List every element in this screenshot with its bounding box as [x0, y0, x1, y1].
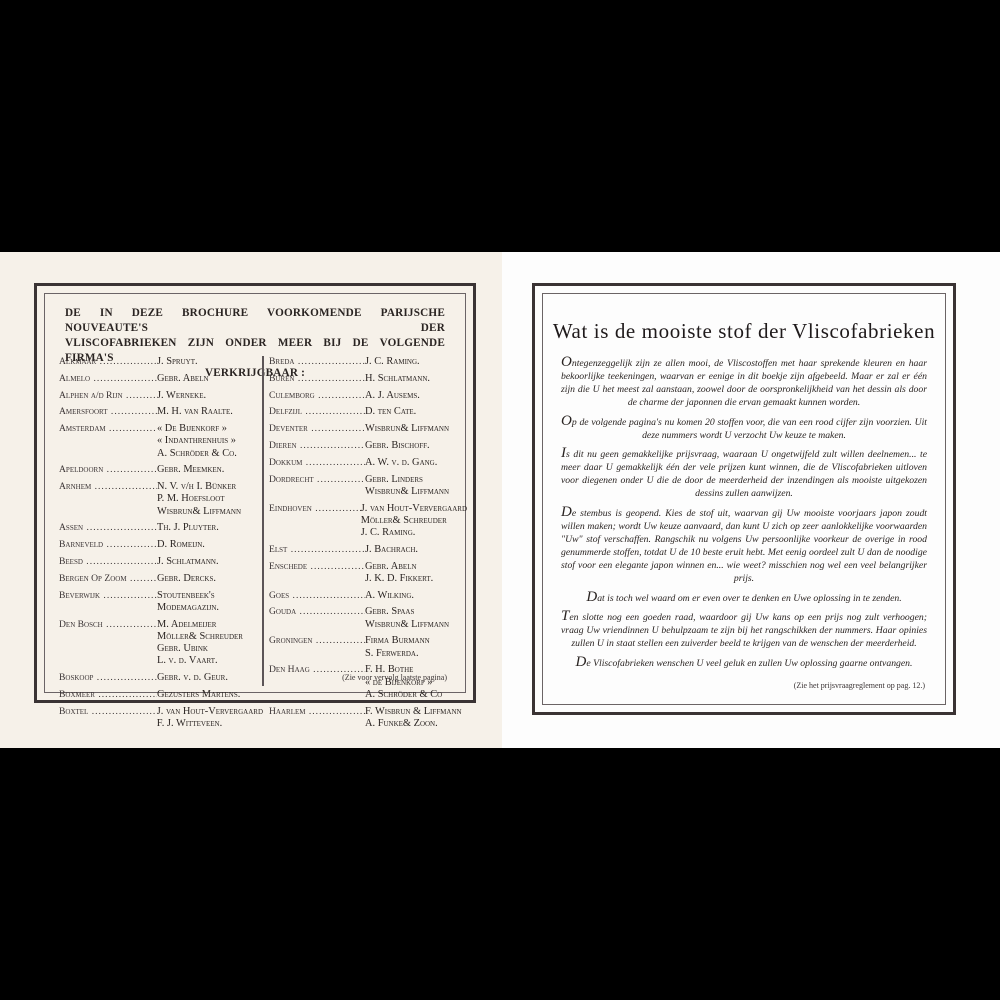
city-name: Almelo	[59, 373, 157, 385]
city-name: Bergen Op Zoom	[59, 573, 157, 585]
city-name: Dokkum	[269, 457, 365, 469]
city-name: Dordrecht	[269, 474, 365, 498]
firm-name: Th. J. Pluyter.	[157, 522, 263, 534]
firm-name: J. Bachrach.	[365, 544, 467, 556]
city-name: Culemborg	[269, 390, 365, 402]
retailer-entry: AlmeloGebr. Abeln	[59, 373, 263, 385]
firm-name: Gebr. Dercks.	[157, 573, 263, 585]
retailer-entry: DokkumA. W. v. d. Gang.	[269, 457, 467, 469]
city-name: Eindhoven	[269, 503, 361, 540]
city-name: Alkmaar	[59, 356, 157, 368]
firm-list: D. Romeijn.	[157, 539, 263, 551]
retailer-entry: BarneveldD. Romeijn.	[59, 539, 263, 551]
retailer-entry: DeventerWisbrun& Liffmann	[269, 423, 467, 435]
firm-list: Gebr. AbelnJ. K. D. Fikkert.	[365, 561, 467, 585]
firm-name: M. Adelmeijer	[157, 619, 263, 631]
firm-name: L. v. d. Vaart.	[157, 655, 263, 667]
contest-paragraph: Op de volgende pagina's nu komen 20 stof…	[561, 415, 927, 443]
retailer-column-a: AlkmaarJ. Spruyt.AlmeloGebr. AbelnAlphen…	[59, 356, 263, 735]
firm-name: J. Werneke.	[157, 390, 263, 402]
retailer-entry: BoskoopGebr. v. d. Geur.	[59, 672, 263, 684]
firm-list: N. V. v/h I. BünkerP. M. HoefslootWisbru…	[157, 481, 263, 518]
firm-name: J. van Hout-Ververgaard	[157, 706, 263, 718]
firm-name: « Indanthrenhuis »	[157, 435, 263, 447]
firm-list: J. Spruyt.	[157, 356, 263, 368]
firm-list: J. C. Raming.	[365, 356, 467, 368]
left-page: DE IN DEZE BROCHURE VOORKOMENDE PARIJSCH…	[0, 252, 502, 748]
city-name: Elst	[269, 544, 365, 556]
firm-name: Gebr. v. d. Geur.	[157, 672, 263, 684]
firm-list: Firma BurmannS. Ferwerda.	[365, 635, 467, 659]
retailer-entry: GroningenFirma BurmannS. Ferwerda.	[269, 635, 467, 659]
firm-name: A. Wilking.	[365, 590, 467, 602]
firm-name: Firma Burmann	[365, 635, 467, 647]
firm-list: Wisbrun& Liffmann	[365, 423, 467, 435]
firm-list: J. van Hout-VervergaardMöller& Schreuder…	[361, 503, 467, 540]
contest-paragraph: De Vliscofabrieken wenschen U veel geluk…	[561, 656, 927, 671]
firm-list: H. Schlatmann.	[365, 373, 467, 385]
city-name: Boxtel	[59, 706, 157, 730]
city-name: Alphen a/d Rijn	[59, 390, 157, 402]
contest-paragraph: De stembus is geopend. Kies de stof uit,…	[561, 506, 927, 585]
firm-name: Gebr. Meemken.	[157, 464, 263, 476]
firm-list: Gebr. Dercks.	[157, 573, 263, 585]
firm-list: D. ten Cate.	[365, 406, 467, 418]
retailer-entry: ElstJ. Bachrach.	[269, 544, 467, 556]
firm-name: Gebr. Bischoff.	[365, 440, 467, 452]
firm-name: Wisbrun& Liffmann	[365, 486, 467, 498]
firm-name: Gebr. Spaas	[365, 606, 467, 618]
city-name: Buren	[269, 373, 365, 385]
city-name: Gouda	[269, 606, 365, 630]
firm-name: M. H. van Raalte.	[157, 406, 263, 418]
firm-name: H. Schlatmann.	[365, 373, 467, 385]
right-page-inner-frame: Wat is de mooiste stof der Vliscofabriek…	[542, 293, 946, 705]
firm-name: Möller& Schreuder	[157, 631, 263, 643]
city-name: Barneveld	[59, 539, 157, 551]
city-name: Den Haag	[269, 664, 365, 701]
city-name: Beverwijk	[59, 590, 157, 614]
firm-name: Möller& Schreuder	[361, 515, 467, 527]
firm-name: F. Wisbrun & Liffmann	[365, 706, 467, 718]
contest-paragraph: Dat is toch wel waard om er even over te…	[561, 591, 927, 606]
city-name: Beesd	[59, 556, 157, 568]
retailer-entry: BredaJ. C. Raming.	[269, 356, 467, 368]
retailer-entry: GoesA. Wilking.	[269, 590, 467, 602]
left-page-inner-frame: DE IN DEZE BROCHURE VOORKOMENDE PARIJSCH…	[44, 293, 466, 693]
firm-list: M. H. van Raalte.	[157, 406, 263, 418]
retailer-entry: ApeldoornGebr. Meemken.	[59, 464, 263, 476]
city-name: Apeldoorn	[59, 464, 157, 476]
firm-name: A. Schröder & Co	[365, 689, 467, 701]
firm-list: A. J. Ausems.	[365, 390, 467, 402]
firm-list: J. van Hout-VervergaardF. J. Witteveen.	[157, 706, 263, 730]
firm-list: Gebr. LindersWisbrun& Liffmann	[365, 474, 467, 498]
retailer-entry: BurenH. Schlatmann.	[269, 373, 467, 385]
city-name: Arnhem	[59, 481, 157, 518]
retailer-entry: Den HaagF. H. Bothe« de Bijenkorf »A. Sc…	[269, 664, 467, 701]
firm-name: Stoutenbeek's	[157, 590, 263, 602]
firm-name: Gebr. Abeln	[157, 373, 263, 385]
firm-list: J. Bachrach.	[365, 544, 467, 556]
retailer-entry: BoxmeerGezusters Martens.	[59, 689, 263, 701]
retailer-entry: Amsterdam« De Bijenkorf »« Indanthrenhui…	[59, 423, 263, 460]
firm-name: J. C. Raming.	[365, 356, 467, 368]
retailer-entry: EindhovenJ. van Hout-VervergaardMöller& …	[269, 503, 467, 540]
city-name: Amersfoort	[59, 406, 157, 418]
city-name: Boxmeer	[59, 689, 157, 701]
city-name: Breda	[269, 356, 365, 368]
column-divider	[262, 356, 264, 686]
firm-list: J. Werneke.	[157, 390, 263, 402]
firm-name: Gebr. Abeln	[365, 561, 467, 573]
retailer-entry: BeesdJ. Schlatmann.	[59, 556, 263, 568]
city-name: Dieren	[269, 440, 365, 452]
firm-list: Gebr. Bischoff.	[365, 440, 467, 452]
retailer-entry: DierenGebr. Bischoff.	[269, 440, 467, 452]
contest-body: Ontegenzeggelijk zijn ze allen mooi, de …	[561, 356, 927, 676]
firm-name: J. Schlatmann.	[157, 556, 263, 568]
left-footnote: (Zie voor vervolg laatste pagina)	[342, 673, 447, 682]
retailer-entry: GoudaGebr. SpaasWisbrun& Liffmann	[269, 606, 467, 630]
city-name: Groningen	[269, 635, 365, 659]
firm-name: Modemagazijn.	[157, 602, 263, 614]
contest-title: Wat is de mooiste stof der Vliscofabriek…	[543, 319, 945, 344]
firm-name: D. Romeijn.	[157, 539, 263, 551]
retailer-entry: BoxtelJ. van Hout-VervergaardF. J. Witte…	[59, 706, 263, 730]
firm-name: Gebr. Linders	[365, 474, 467, 486]
left-page-frame: DE IN DEZE BROCHURE VOORKOMENDE PARIJSCH…	[34, 283, 476, 703]
firm-list: Th. J. Pluyter.	[157, 522, 263, 534]
city-name: Deventer	[269, 423, 365, 435]
retailer-entry: Den BoschM. AdelmeijerMöller& SchreuderG…	[59, 619, 263, 668]
firm-name: P. M. Hoefsloot	[157, 493, 263, 505]
right-page-frame: Wat is de mooiste stof der Vliscofabriek…	[532, 283, 956, 715]
firm-name: Wisbrun& Liffmann	[365, 619, 467, 631]
city-name: Enschede	[269, 561, 365, 585]
contest-paragraph: Ontegenzeggelijk zijn ze allen mooi, de …	[561, 356, 927, 410]
city-name: Den Bosch	[59, 619, 157, 668]
city-name: Amsterdam	[59, 423, 157, 460]
firm-list: F. Wisbrun & LiffmannA. Funke& Zoon.	[365, 706, 467, 730]
firm-name: F. J. Witteveen.	[157, 718, 263, 730]
retailer-entry: Alphen a/d RijnJ. Werneke.	[59, 390, 263, 402]
contest-paragraph: Ten slotte nog een goeden raad, waardoor…	[561, 610, 927, 651]
firm-name: J. K. D. Fikkert.	[365, 573, 467, 585]
firm-name: Gezusters Martens.	[157, 689, 263, 701]
firm-name: J. van Hout-Ververgaard	[361, 503, 467, 515]
retailer-entry: EnschedeGebr. AbelnJ. K. D. Fikkert.	[269, 561, 467, 585]
firm-name: A. Schröder & Co.	[157, 448, 263, 460]
retailer-entry: AssenTh. J. Pluyter.	[59, 522, 263, 534]
right-footnote: (Zie het prijsvraagreglement op pag. 12.…	[794, 681, 925, 690]
firm-name: A. W. v. d. Gang.	[365, 457, 467, 469]
firm-name: A. Funke& Zoon.	[365, 718, 467, 730]
city-name: Assen	[59, 522, 157, 534]
firm-list: Gebr. v. d. Geur.	[157, 672, 263, 684]
firm-name: J. C. Raming.	[361, 527, 467, 539]
city-name: Delfzijl	[269, 406, 365, 418]
firm-list: F. H. Bothe« de Bijenkorf »A. Schröder &…	[365, 664, 467, 701]
firm-name: J. Spruyt.	[157, 356, 263, 368]
firm-list: M. AdelmeijerMöller& SchreuderGebr. Ubin…	[157, 619, 263, 668]
retailer-entry: Bergen Op ZoomGebr. Dercks.	[59, 573, 263, 585]
firm-list: J. Schlatmann.	[157, 556, 263, 568]
retailer-entry: HaarlemF. Wisbrun & LiffmannA. Funke& Zo…	[269, 706, 467, 730]
firm-name: Wisbrun& Liffmann	[365, 423, 467, 435]
firm-list: A. Wilking.	[365, 590, 467, 602]
firm-name: « De Bijenkorf »	[157, 423, 263, 435]
city-name: Boskoop	[59, 672, 157, 684]
firm-name: Wisbrun& Liffmann	[157, 506, 263, 518]
retailer-entry: DordrechtGebr. LindersWisbrun& Liffmann	[269, 474, 467, 498]
city-name: Haarlem	[269, 706, 365, 730]
firm-list: Gebr. Abeln	[157, 373, 263, 385]
retailer-entry: BeverwijkStoutenbeek'sModemagazijn.	[59, 590, 263, 614]
contest-paragraph: Is dit nu geen gemakkelijke prijsvraag, …	[561, 447, 927, 501]
retailer-entry: DelfzijlD. ten Cate.	[269, 406, 467, 418]
right-page: Wat is de mooiste stof der Vliscofabriek…	[502, 252, 1000, 748]
firm-name: S. Ferwerda.	[365, 648, 467, 660]
firm-list: « De Bijenkorf »« Indanthrenhuis »A. Sch…	[157, 423, 263, 460]
firm-list: Gezusters Martens.	[157, 689, 263, 701]
retailer-entry: ArnhemN. V. v/h I. BünkerP. M. Hoefsloot…	[59, 481, 263, 518]
city-name: Goes	[269, 590, 365, 602]
firm-list: Gebr. Meemken.	[157, 464, 263, 476]
firm-name: D. ten Cate.	[365, 406, 467, 418]
retailer-entry: CulemborgA. J. Ausems.	[269, 390, 467, 402]
firm-list: Stoutenbeek'sModemagazijn.	[157, 590, 263, 614]
firm-name: Gebr. Ubink	[157, 643, 263, 655]
retailer-entry: AmersfoortM. H. van Raalte.	[59, 406, 263, 418]
firm-list: Gebr. SpaasWisbrun& Liffmann	[365, 606, 467, 630]
heading-line-1: DE IN DEZE BROCHURE VOORKOMENDE PARIJSCH…	[65, 306, 445, 336]
firm-list: A. W. v. d. Gang.	[365, 457, 467, 469]
firm-name: A. J. Ausems.	[365, 390, 467, 402]
firm-name: N. V. v/h I. Bünker	[157, 481, 263, 493]
retailer-entry: AlkmaarJ. Spruyt.	[59, 356, 263, 368]
